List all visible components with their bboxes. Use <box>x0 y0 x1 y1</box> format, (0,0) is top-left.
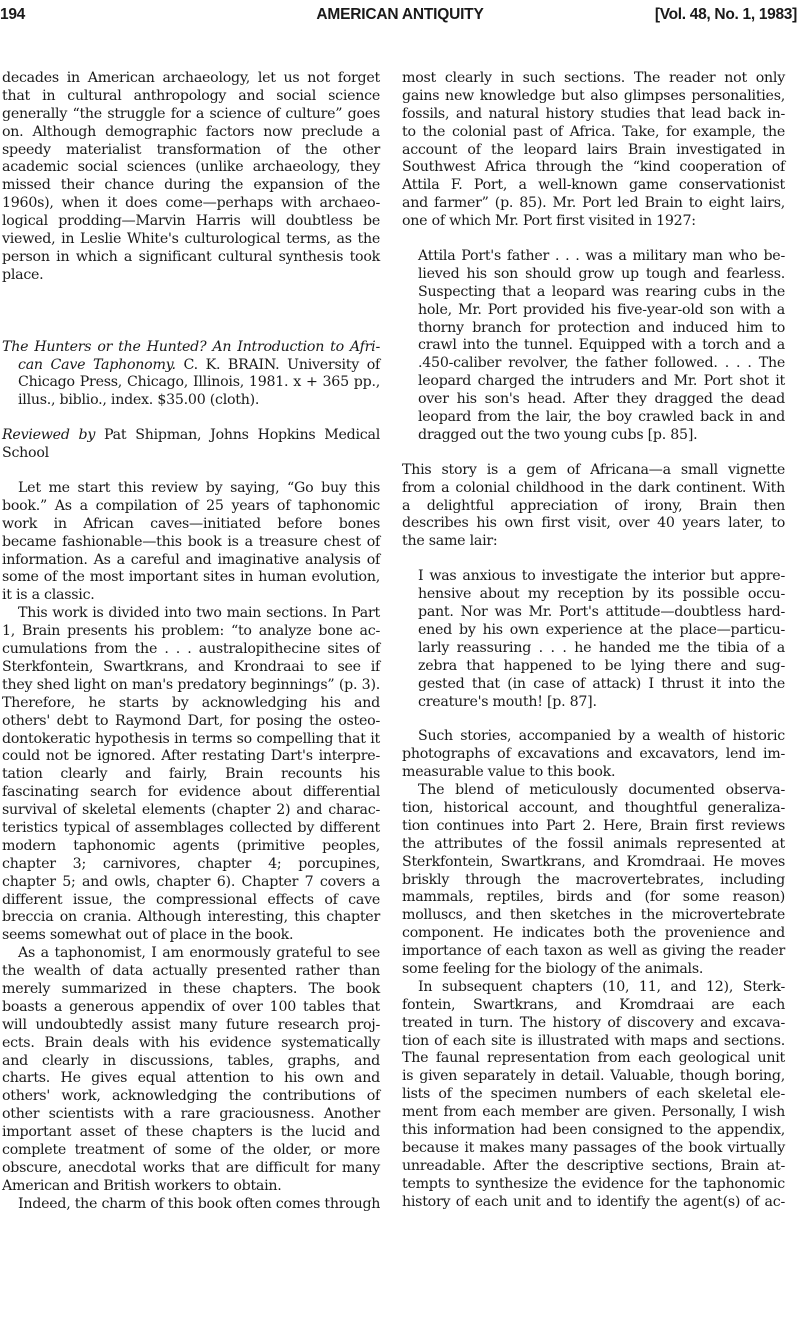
quote-line: Suspecting that a leopard was rearing cu… <box>418 284 785 302</box>
text-line: importance of each taxon as well as givi… <box>402 943 785 961</box>
text-line: the wealth of data actually presented ra… <box>2 963 380 981</box>
text-line: to the colonial past of Africa. Take, fo… <box>402 124 785 142</box>
text-line: 1, Brain presents his problem: “to analy… <box>2 623 380 641</box>
text-line: cumulations from the . . . australopithe… <box>2 641 380 659</box>
text-line: that in cultural anthropology and social… <box>2 88 380 106</box>
text-line: obscure, anecdotal works that are diffic… <box>2 1160 380 1178</box>
text-line: chapter 5; and owls, chapter 6). Chapter… <box>2 874 380 892</box>
text-line: logical prodding—Marvin Harris will doub… <box>2 213 380 231</box>
text-line: lists of the specimen numbers of each sk… <box>402 1086 785 1104</box>
quote-line: hensive about my reception by its possib… <box>418 586 785 604</box>
text-line: history of each unit and to identify the… <box>402 1194 785 1212</box>
text-line: charts. He gives equal attention to his … <box>2 1070 380 1088</box>
text-line: and farmer” (p. 85). Mr. Port led Brain … <box>402 195 785 213</box>
continued-paragraph: most clearly in such sections. The reade… <box>402 70 785 231</box>
quote-line: zebra that happened to be lying there an… <box>418 658 785 676</box>
text-line: became fashionable—this book is a treasu… <box>2 534 380 552</box>
text-line: Let me start this review by saying, “Go … <box>2 480 380 498</box>
text-line: could not be ignored. After restating Da… <box>2 748 380 766</box>
text-line: it is a classic. <box>2 587 380 605</box>
left-column: decades in American archaeology, let us … <box>2 70 380 1214</box>
text-line: dontokeratic hypothesis in terms so comp… <box>2 731 380 749</box>
quote-line: leopard from the lair, the boy crawled b… <box>418 409 785 427</box>
text-line: mammals, reptiles, birds and (for some r… <box>402 889 785 907</box>
text-line: speedy materialist transformation of the… <box>2 142 380 160</box>
reviewer-line: Reviewed by Pat Shipman, Johns Hopkins M… <box>2 427 380 445</box>
citation-line: illus., biblio., index. $35.00 (cloth). <box>2 392 380 410</box>
text-line: seems somewhat out of place in the book. <box>2 927 380 945</box>
text-line: because it makes many passages of the bo… <box>402 1140 785 1158</box>
text-line: information. As a careful and imaginativ… <box>2 552 380 570</box>
text-line: tion, historical account, and thoughtful… <box>402 800 785 818</box>
text-line: fossils, and natural history studies tha… <box>402 106 785 124</box>
quote-line: hole, Mr. Port provided his five-year-ol… <box>418 302 785 320</box>
text-line: some of the most important sites in huma… <box>2 569 380 587</box>
text-line: tion continues into Part 2. Here, Brain … <box>402 818 785 836</box>
book-title-part1: The Hunters or the Hunted? An Introducti… <box>2 339 380 355</box>
text-line: This work is divided into two main secti… <box>2 605 380 623</box>
text-line: Sterkfontein, Swartkrans, and Kromdraai.… <box>402 854 785 872</box>
review-paragraph-3: As a taphonomist, I am enormously gratef… <box>2 945 380 1195</box>
text-line: complete treatment of some of the older,… <box>2 1142 380 1160</box>
text-line: This story is a gem of Africana—a small … <box>402 462 785 480</box>
volume-info: [Vol. 48, No. 1, 1983] <box>655 6 797 24</box>
review-paragraph-5: Such stories, accompanied by a wealth of… <box>402 728 785 782</box>
previous-review-ending: decades in American archaeology, let us … <box>2 70 380 285</box>
text-line: Indeed, the charm of this book often com… <box>2 1196 380 1214</box>
quote-line: creature's mouth! [p. 87]. <box>418 694 785 712</box>
text-line: briskly through the macrovertebrates, in… <box>402 872 785 890</box>
text-line: others' work, acknowledging the contribu… <box>2 1088 380 1106</box>
citation-line: The Hunters or the Hunted? An Introducti… <box>2 339 380 357</box>
text-line: tion of each site is illustrated with ma… <box>402 1033 785 1051</box>
text-line: chapter 3; carnivores, chapter 4; porcup… <box>2 856 380 874</box>
text-line: measurable value to this book. <box>402 764 785 782</box>
quote-line: thorny branch for protection and induced… <box>418 320 785 338</box>
quote-line: I was anxious to investigate the interio… <box>418 568 785 586</box>
quote-line: pant. Nor was Mr. Port's attitude—doubtl… <box>418 604 785 622</box>
review-paragraph-2: This work is divided into two main secti… <box>2 605 380 945</box>
text-line: In subsequent chapters (10, 11, and 12),… <box>402 979 785 997</box>
text-line: molluscs, and then sketches in the micro… <box>402 907 785 925</box>
review-paragraph-7: In subsequent chapters (10, 11, and 12),… <box>402 979 785 1212</box>
text-line: fontein, Swartkrans, and Kromdraai are e… <box>402 997 785 1015</box>
reviewer-line: School <box>2 445 380 463</box>
quote-line: over his son's head. After they dragged … <box>418 391 785 409</box>
text-line: The faunal representation from each geol… <box>402 1050 785 1068</box>
text-line: Southwest Africa through the “kind coope… <box>402 159 785 177</box>
text-line: the same lair: <box>402 533 785 551</box>
text-line: describes his own first visit, over 40 y… <box>402 515 785 533</box>
citation-line: can Cave Taphonomy. C. K. BRAIN. Univers… <box>2 357 380 375</box>
text-line: survival of skeletal elements (chapter 2… <box>2 802 380 820</box>
text-line: American and British workers to obtain. <box>2 1178 380 1196</box>
text-line: and clearly in discussions, tables, grap… <box>2 1053 380 1071</box>
text-line: this information had been consigned to t… <box>402 1122 785 1140</box>
text-line: from a colonial childhood in the dark co… <box>402 480 785 498</box>
quote-line: ened by his own experience at the place—… <box>418 622 785 640</box>
text-line: The blend of meticulously documented obs… <box>402 782 785 800</box>
review-paragraph-4: Indeed, the charm of this book often com… <box>2 1196 380 1214</box>
text-line: merely summarized in these chapters. The… <box>2 981 380 999</box>
text-line: others' debt to Raymond Dart, for posing… <box>2 713 380 731</box>
text-line: fascinating search for evidence about di… <box>2 784 380 802</box>
text-line: ment from each member are given. Persona… <box>402 1104 785 1122</box>
quote-line: lieved his son should grow up tough and … <box>418 266 785 284</box>
text-line: unreadable. After the descriptive sectio… <box>402 1158 785 1176</box>
text-line: account of the leopard lairs Brain inves… <box>402 142 785 160</box>
text-line: important asset of these chapters is the… <box>2 1124 380 1142</box>
text-line: ects. Brain deals with his evidence syst… <box>2 1035 380 1053</box>
citation-line: Chicago Press, Chicago, Illinois, 1981. … <box>2 374 380 392</box>
quote-line: larly reassuring . . . he handed me the … <box>418 640 785 658</box>
text-line: other scientists with a rare graciousnes… <box>2 1106 380 1124</box>
text-line: As a taphonomist, I am enormously gratef… <box>2 945 380 963</box>
text-line: decades in American archaeology, let us … <box>2 70 380 88</box>
running-header: 194 AMERICAN ANTIQUITY [Vol. 48, No. 1, … <box>0 6 800 30</box>
text-line: treated in turn. The history of discover… <box>402 1015 785 1033</box>
text-line: breccia on crania. Although interesting,… <box>2 909 380 927</box>
text-line: boasts a generous appendix of over 100 t… <box>2 999 380 1017</box>
text-line: different issue, the compressional effec… <box>2 892 380 910</box>
text-line: gains new knowledge but also glimpses pe… <box>402 88 785 106</box>
text-line: component. He indicates both the proveni… <box>402 925 785 943</box>
text-line: they shed light on man's predatory begin… <box>2 677 380 695</box>
text-line: work in African caves—initiated before b… <box>2 516 380 534</box>
text-line: Such stories, accompanied by a wealth of… <box>402 728 785 746</box>
citation-author-publisher: C. K. BRAIN. University of <box>176 357 380 373</box>
book-title-part2: can Cave Taphonomy. <box>18 357 176 373</box>
text-line: Sterkfontein, Swartkrans, and Krondraai … <box>2 659 380 677</box>
text-line: teristics typical of assemblages collect… <box>2 820 380 838</box>
text-line: modern taphonomic agents (primitive peop… <box>2 838 380 856</box>
text-line: missed their chance during the expansion… <box>2 177 380 195</box>
text-line: tempts to synthesize the evidence for th… <box>402 1176 785 1194</box>
text-line: book.” As a compilation of 25 years of t… <box>2 498 380 516</box>
text-line: on. Although demographic factors now pre… <box>2 124 380 142</box>
review-paragraph-6: The blend of meticulously documented obs… <box>402 782 785 979</box>
quote-line: Attila Port's father . . . was a militar… <box>418 248 785 266</box>
quote-line: leopard charged the intruders and Mr. Po… <box>418 373 785 391</box>
text-line: photographs of excavations and excavator… <box>402 746 785 764</box>
text-line: some feeling for the biology of the anim… <box>402 961 785 979</box>
text-line: most clearly in such sections. The reade… <box>402 70 785 88</box>
text-line: Therefore, he starts by acknowledging hi… <box>2 695 380 713</box>
middle-paragraph: This story is a gem of Africana—a small … <box>402 462 785 551</box>
block-quote-1: Attila Port's father . . . was a militar… <box>402 248 785 445</box>
reviewed-by-label: Reviewed by <box>2 427 95 443</box>
review-paragraph-1: Let me start this review by saying, “Go … <box>2 480 380 605</box>
quote-line: gested that (in case of attack) I thrust… <box>418 676 785 694</box>
text-line: is given separately in detail. Valuable,… <box>402 1068 785 1086</box>
text-line: place. <box>2 267 380 285</box>
text-line: one of which Mr. Port first visited in 1… <box>402 213 785 231</box>
quote-line: dragged out the two young cubs [p. 85]. <box>418 427 785 445</box>
text-line: person in which a significant cultural s… <box>2 249 380 267</box>
text-line: 1960s), when it does come—perhaps with a… <box>2 195 380 213</box>
book-citation: The Hunters or the Hunted? An Introducti… <box>2 339 380 411</box>
reviewer-name-affiliation: Pat Shipman, Johns Hopkins Medical <box>95 427 380 443</box>
text-line: academic social sciences (unlike archaeo… <box>2 159 380 177</box>
text-line: viewed, in Leslie White's culturological… <box>2 231 380 249</box>
text-line: tation clearly and fairly, Brain recount… <box>2 766 380 784</box>
quote-line: crawl into the tunnel. Equipped with a t… <box>418 337 785 355</box>
text-line: the attributes of the fossil animals rep… <box>402 836 785 854</box>
reviewer-credit: Reviewed by Pat Shipman, Johns Hopkins M… <box>2 427 380 463</box>
text-line: a delightful appreciation of irony, Brai… <box>402 498 785 516</box>
quote-line: .450-caliber revolver, the father follow… <box>418 355 785 373</box>
right-column: most clearly in such sections. The reade… <box>402 70 785 1211</box>
block-quote-2: I was anxious to investigate the interio… <box>402 568 785 711</box>
text-line: Attila F. Port, a well-known game conser… <box>402 177 785 195</box>
text-line: generally “the struggle for a science of… <box>2 106 380 124</box>
text-line: will undoubtedly assist many future rese… <box>2 1017 380 1035</box>
